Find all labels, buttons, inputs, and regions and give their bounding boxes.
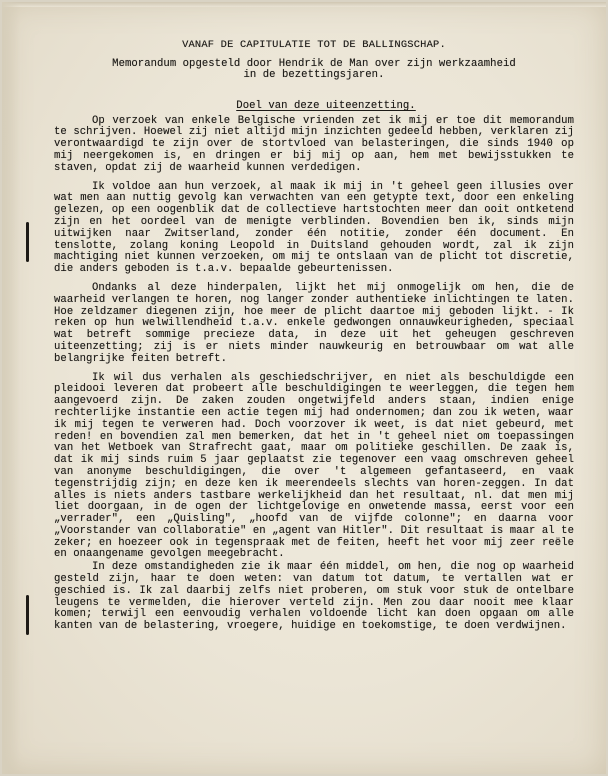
paragraph-2: Ik voldoe aan hun verzoek, al maak ik mi… — [54, 182, 574, 276]
subtitle-line-2: in de bezettingsjaren. — [54, 70, 574, 82]
section-heading-text: Doel van deze uiteenzetting. — [236, 100, 415, 112]
binding-slot-mark-upper — [26, 222, 29, 262]
paragraph-5: In deze omstandigheden zie ik maar één m… — [54, 562, 574, 633]
paper-top-edge — [2, 2, 606, 7]
paragraph-3: Ondanks al deze hinderpalen, lijkt het m… — [54, 283, 574, 366]
section-heading: Doel van deze uiteenzetting. — [54, 101, 574, 113]
paragraph-1: Op verzoek van enkele Belgische vrienden… — [54, 116, 574, 175]
paragraph-4: Ik wil dus verhalen als geschiedschrijve… — [54, 373, 574, 562]
binding-slot-mark-lower — [26, 595, 29, 635]
document-title: VANAF DE CAPITULATIE TOT DE BALLINGSCHAP… — [54, 40, 574, 52]
document-subtitle: Memorandum opgesteld door Hendrik de Man… — [54, 59, 574, 82]
paper-fold-shadow — [2, 2, 20, 774]
document-body: VANAF DE CAPITULATIE TOT DE BALLINGSCHAP… — [54, 40, 574, 640]
typed-document-page: VANAF DE CAPITULATIE TOT DE BALLINGSCHAP… — [2, 2, 606, 774]
